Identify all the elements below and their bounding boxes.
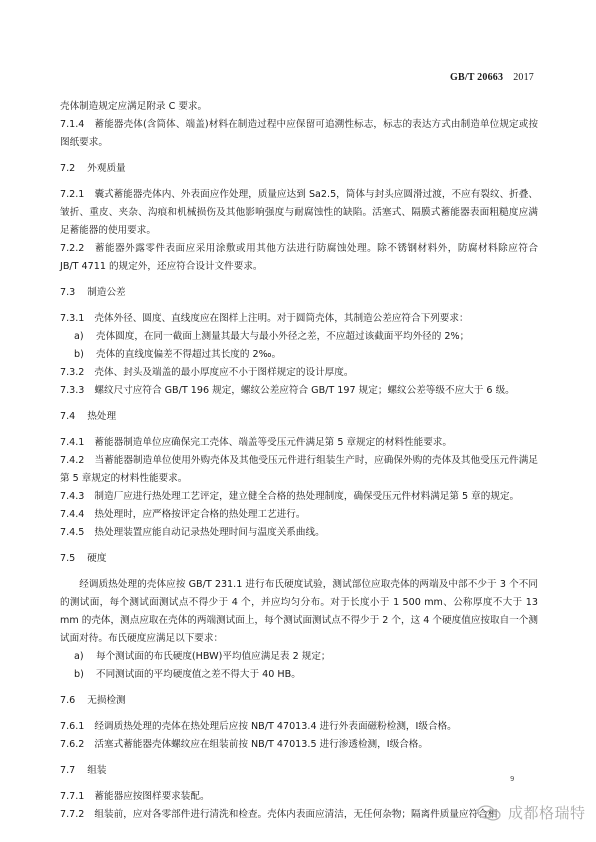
clause-number: 7.6.1 — [60, 718, 84, 736]
document-header: GB/T 206632017 — [450, 72, 534, 83]
clause-number: 7.4.3 — [60, 488, 84, 506]
clause-text: 热处理时，应严格按评定合格的热处理工艺进行。 — [94, 509, 305, 520]
clause-text: 蓄能器壳体(含筒体、端盖)材料在制造过程中应保留可追溯性标志，标志的表达方式由制… — [60, 119, 538, 148]
clause-number: 7.2.2 — [60, 240, 84, 258]
clause: 7.6.1经调质热处理的壳体在热处理后应按 NB/T 47013.4 进行外表面… — [60, 718, 538, 736]
clause-text: 热处理装置应能自动记录热处理时间与温度关系曲线。 — [94, 527, 324, 538]
clause-number: 7.2.1 — [60, 186, 84, 204]
list-label: b) — [74, 346, 96, 364]
clause: 7.2.1囊式蓄能器壳体内、外表面应作处理，质量应达到 Sa2.5，筒体与封头应… — [60, 186, 538, 240]
wechat-icon — [476, 804, 502, 822]
clause-number: 7.3.2 — [60, 364, 84, 382]
section-title: 制造公差 — [87, 287, 125, 298]
section-number: 7.5 — [60, 550, 75, 568]
section-title: 组装 — [87, 765, 106, 776]
list-item: a)壳体圆度，在同一截面上测量其最大与最小外径之差，不应超过该截面平均外径的 2… — [60, 328, 538, 346]
clause-number: 7.4.5 — [60, 524, 84, 542]
clause-text: 蓄能器制造单位应确保完工壳体、端盖等受压元件满足第 5 章规定的材料性能要求。 — [94, 437, 452, 448]
clause: 7.4.1蓄能器制造单位应确保完工壳体、端盖等受压元件满足第 5 章规定的材料性… — [60, 434, 538, 452]
clause-text: 当蓄能器制造单位使用外购壳体及其他受压元件进行组装生产时，应确保外购的壳体及其他… — [60, 455, 538, 484]
list-text: 每个测试面的布氏硬度(HBW)平均值应满足表 2 规定； — [96, 651, 331, 662]
clause-number: 7.4.2 — [60, 452, 84, 470]
clause: 7.4.2当蓄能器制造单位使用外购壳体及其他受压元件进行组装生产时，应确保外购的… — [60, 452, 538, 488]
section-number: 7.6 — [60, 692, 75, 710]
clause-text: 蓄能器应按图样要求装配。 — [94, 791, 209, 802]
clause: 7.4.4热处理时，应严格按评定合格的热处理工艺进行。 — [60, 506, 538, 524]
clause-text: 囊式蓄能器壳体内、外表面应作处理，质量应达到 Sa2.5，筒体与封头应圆滑过渡，… — [60, 189, 538, 236]
clause: 7.3.2壳体、封头及端盖的最小厚度应不小于图样规定的设计厚度。 — [60, 364, 538, 382]
section-heading: 7.3制造公差 — [60, 284, 538, 302]
section-title: 硬度 — [87, 553, 106, 564]
clause-text: 壳体外径、圆度、直线度应在图样上注明。对于圆筒壳体，其制造公差应符合下列要求： — [94, 313, 468, 324]
standard-code: GB/T 20663 — [450, 72, 503, 83]
clause-text: 壳体制造规定应满足附录 C 要求。 — [60, 101, 207, 112]
clause: 壳体制造规定应满足附录 C 要求。 — [60, 98, 538, 116]
clause: 7.6.2活塞式蓄能器壳体螺纹应在组装前按 NB/T 47013.5 进行渗透检… — [60, 736, 538, 754]
list-text: 壳体的直线度偏差不得超过其长度的 2‰。 — [96, 349, 281, 360]
section-title: 热处理 — [87, 411, 116, 422]
clause-number: 7.7.1 — [60, 788, 84, 806]
section-title: 无损检测 — [87, 695, 125, 706]
list-label: b) — [74, 666, 96, 684]
list-label: a) — [74, 328, 96, 346]
paragraph: 经调质热处理的壳体应按 GB/T 231.1 进行布氏硬度试验，测试部位应取壳体… — [60, 576, 538, 648]
section-heading: 7.6无损检测 — [60, 692, 538, 710]
section-number: 7.2 — [60, 160, 75, 178]
standard-year: 2017 — [513, 72, 534, 83]
clause-text: 螺纹尺寸应符合 GB/T 196 规定，螺纹公差应符合 GB/T 197 规定；… — [94, 385, 514, 396]
list-label: a) — [74, 648, 96, 666]
clause: 7.2.2蓄能器外露零件表面应采用涂敷或用其他方法进行防腐蚀处理。除不锈钢材料外… — [60, 240, 538, 276]
clause: 7.3.3螺纹尺寸应符合 GB/T 196 规定，螺纹公差应符合 GB/T 19… — [60, 382, 538, 400]
clause-text: 制造厂应进行热处理工艺评定，建立健全合格的热处理制度，确保受压元件材料满足第 5… — [94, 491, 519, 502]
section-number: 7.7 — [60, 762, 75, 780]
clause-number: 7.4.1 — [60, 434, 84, 452]
clause-number: 7.3.1 — [60, 310, 84, 328]
clause: 7.7.1蓄能器应按图样要求装配。 — [60, 788, 538, 806]
clause-text: 壳体、封头及端盖的最小厚度应不小于图样规定的设计厚度。 — [94, 367, 353, 378]
clause-number: 7.4.4 — [60, 506, 84, 524]
clause-number: 7.7.2 — [60, 806, 84, 824]
list-item: b)不同测试面的平均硬度值之差不得大于 40 HB。 — [60, 666, 538, 684]
clause: 7.3.1壳体外径、圆度、直线度应在图样上注明。对于圆筒壳体，其制造公差应符合下… — [60, 310, 538, 328]
clause: 7.4.3制造厂应进行热处理工艺评定，建立健全合格的热处理制度，确保受压元件材料… — [60, 488, 538, 506]
page-number: 9 — [510, 775, 514, 783]
list-text: 壳体圆度，在同一截面上测量其最大与最小外径之差，不应超过该截面平均外径的 2%； — [96, 331, 469, 342]
paragraph-text: 经调质热处理的壳体应按 GB/T 231.1 进行布氏硬度试验，测试部位应取壳体… — [60, 579, 538, 644]
clause-text: 经调质热处理的壳体在热处理后应按 NB/T 47013.4 进行外表面磁粉检测，… — [94, 721, 456, 732]
clause: 7.1.4蓄能器壳体(含筒体、端盖)材料在制造过程中应保留可追溯性标志，标志的表… — [60, 116, 538, 152]
clause-text: 组装前，应对各零部件进行清洗和检查。壳体内表面应清洁，无任何杂物；隔离件质量应符… — [94, 809, 497, 820]
section-heading: 7.5硬度 — [60, 550, 538, 568]
clause-text: 蓄能器外露零件表面应采用涂敷或用其他方法进行防腐蚀处理。除不锈钢材料外，防腐材料… — [60, 243, 538, 272]
section-heading: 7.2外观质量 — [60, 160, 538, 178]
clause: 7.4.5热处理装置应能自动记录热处理时间与温度关系曲线。 — [60, 524, 538, 542]
list-item: a)每个测试面的布氏硬度(HBW)平均值应满足表 2 规定； — [60, 648, 538, 666]
document-body: 壳体制造规定应满足附录 C 要求。7.1.4蓄能器壳体(含筒体、端盖)材料在制造… — [60, 98, 538, 824]
list-text: 不同测试面的平均硬度值之差不得大于 40 HB。 — [96, 669, 301, 680]
clause: 7.7.2组装前，应对各零部件进行清洗和检查。壳体内表面应清洁，无任何杂物；隔离… — [60, 806, 538, 824]
section-title: 外观质量 — [87, 163, 125, 174]
section-number: 7.4 — [60, 408, 75, 426]
clause-number: 7.1.4 — [60, 116, 84, 134]
section-heading: 7.4热处理 — [60, 408, 538, 426]
section-heading: 7.7组装 — [60, 762, 538, 780]
list-item: b)壳体的直线度偏差不得超过其长度的 2‰。 — [60, 346, 538, 364]
watermark: 成都格瑞特 — [476, 802, 586, 823]
clause-number: 7.6.2 — [60, 736, 84, 754]
watermark-text: 成都格瑞特 — [508, 802, 586, 823]
section-number: 7.3 — [60, 284, 75, 302]
clause-number: 7.3.3 — [60, 382, 84, 400]
clause-text: 活塞式蓄能器壳体螺纹应在组装前按 NB/T 47013.5 进行渗透检测，Ⅰ级合… — [94, 739, 428, 750]
